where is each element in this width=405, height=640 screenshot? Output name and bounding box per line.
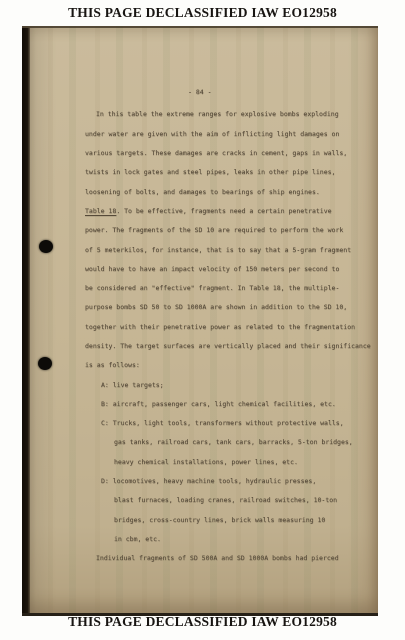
- list-item-c-cont: gas tanks, railroad cars, tank cars, bar…: [85, 433, 373, 452]
- list-item-a: A: live targets;: [85, 375, 373, 394]
- table-18-line-rest: . To be effective, fragments need a cert…: [116, 207, 331, 215]
- list-item-b: B: aircraft, passenger cars, light chemi…: [85, 394, 373, 413]
- text-line: be considered an "effective" fragment. I…: [85, 278, 373, 297]
- text-line: Individual fragments of SD 500A and SD 1…: [85, 549, 373, 568]
- page-spine-shadow: [22, 28, 30, 613]
- hole-punch-top: [39, 240, 53, 253]
- text-line: together with their penetrative power as…: [85, 317, 373, 336]
- text-line: twists in lock gates and steel pipes, le…: [85, 163, 373, 182]
- scanned-page: - 84 - In this table the extreme ranges …: [22, 26, 378, 616]
- list-item-d-cont: bridges, cross-country lines, brick wall…: [85, 510, 373, 529]
- declassification-banner-bottom: THIS PAGE DECLASSIFIED IAW EO12958: [0, 614, 405, 630]
- text-line: various targets. These damages are crack…: [85, 143, 373, 162]
- table-18-line: Table 18. To be effective, fragments nee…: [85, 201, 373, 220]
- table-18-ref: Table 18: [85, 207, 116, 215]
- typewritten-text-block: - 84 - In this table the extreme ranges …: [85, 82, 373, 568]
- text-line: power. The fragments of the SD 10 are re…: [85, 221, 373, 240]
- list-item-d-cont: in cbm, etc.: [85, 529, 373, 548]
- text-line: purpose bombs SD 50 to SD 1000A are show…: [85, 298, 373, 317]
- text-line: loosening of bolts, and damages to beari…: [85, 182, 373, 201]
- declassification-banner-top: THIS PAGE DECLASSIFIED IAW EO12958: [0, 5, 405, 21]
- text-line: of 5 meterkilos, for instance, that is t…: [85, 240, 373, 259]
- list-item-c: C: Trucks, light tools, transformers wit…: [85, 414, 373, 433]
- hole-punch-bottom: [38, 357, 52, 370]
- page-number: - 84 -: [85, 82, 373, 101]
- text-line: In this table the extreme ranges for exp…: [85, 105, 373, 124]
- list-item-d: D: locomotives, heavy machine tools, hyd…: [85, 471, 373, 490]
- list-item-d-cont: blast furnaces, loading cranes, railroad…: [85, 491, 373, 510]
- text-line: is as follows:: [85, 356, 373, 375]
- list-item-c-cont: heavy chemical installations, power line…: [85, 452, 373, 471]
- screenshot-root: THIS PAGE DECLASSIFIED IAW EO12958 - 84 …: [0, 0, 405, 640]
- text-line: density. The target surfaces are vertica…: [85, 336, 373, 355]
- text-line: under water are given with the aim of in…: [85, 124, 373, 143]
- text-line: would have to have an impact velocity of…: [85, 259, 373, 278]
